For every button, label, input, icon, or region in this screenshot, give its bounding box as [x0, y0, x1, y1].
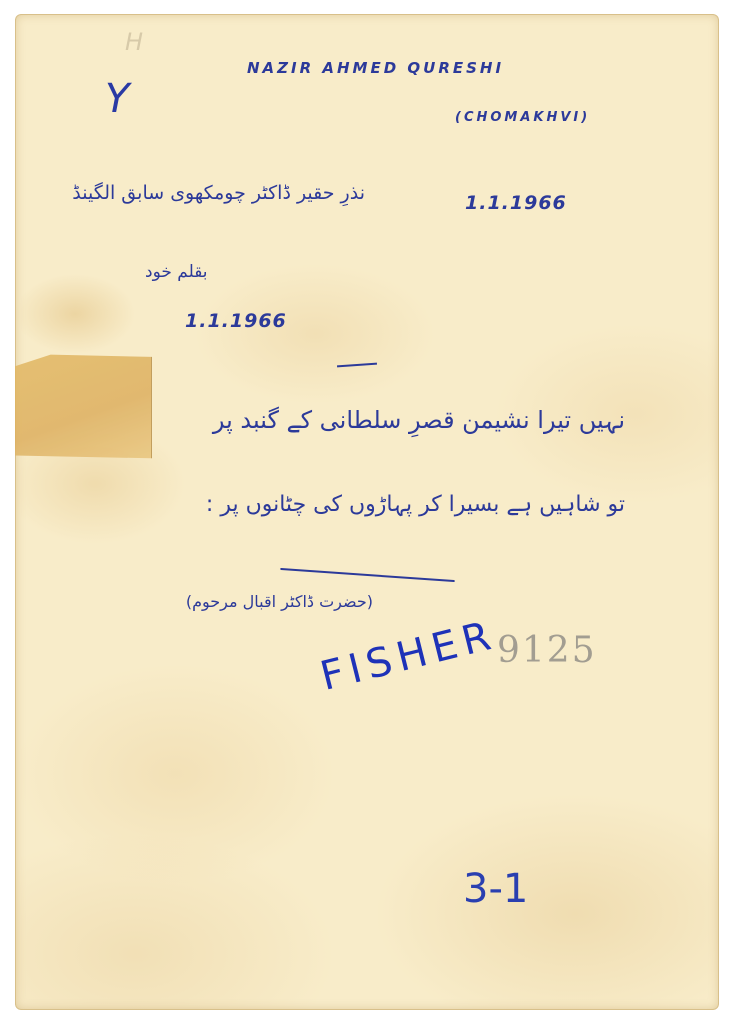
fisher-label: FISHER — [316, 612, 501, 700]
owner-name: NAZIR AHMED QURESHI — [247, 59, 504, 77]
verse-line-2: تو شاہیں ہے بسیرا کر پہاڑوں کی چٹانوں پر… — [165, 492, 625, 517]
photo-card-back: H Y NAZIR AHMED QURESHI (CHOMAKHVI) 1.1.… — [15, 14, 719, 1010]
urdu-subline: بقلم خود — [145, 262, 208, 282]
pen-stroke — [337, 363, 377, 368]
verse-attribution: (حضرت ڈاکٹر اقبال مرحوم) — [143, 592, 373, 611]
owner-alias: (CHOMAKHVI) — [455, 110, 590, 125]
corner-mark: Y — [105, 76, 129, 122]
tape-stain — [15, 343, 152, 459]
urdu-dedication: نذرِ حقیر ڈاکٹر چومکھوی سابق الگینڈ — [45, 182, 365, 204]
date-left: 1.1.1966 — [185, 310, 287, 332]
stamp-number: 9125 — [497, 630, 597, 671]
ghost-pencil-mark: H — [125, 28, 143, 56]
folio-number: 3-1 — [463, 866, 528, 912]
verse-line-1: نہیں تیرا نشیمن قصرِ سلطانی کے گنبد پر — [185, 406, 625, 434]
date-right: 1.1.1966 — [465, 192, 567, 214]
underline-stroke — [280, 568, 455, 582]
